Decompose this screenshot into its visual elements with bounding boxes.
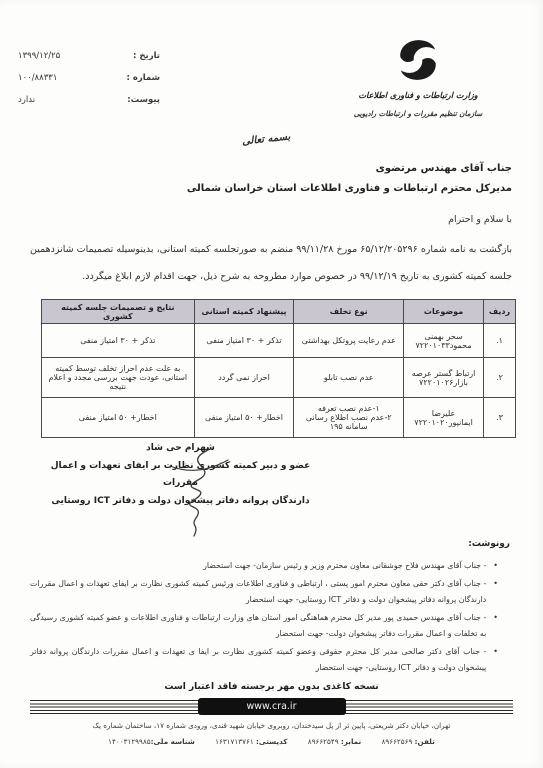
cc-item: • - جناب آقای مهندس فلاح جوشقانی معاون م… bbox=[30, 558, 498, 575]
violation-cell: عدم نصب تابلو bbox=[294, 358, 404, 398]
ministry-name: وزارت ارتباطات و فناوری اطلاعات bbox=[338, 90, 498, 100]
recipient-title: مدیرکل محترم ارتباطات و فناوری اطلاعات ا… bbox=[187, 179, 512, 199]
national-cell: اخطار+ ۵۰ امتیاز منفی bbox=[42, 398, 195, 438]
cc-item: • - جناب آقای دکتر حقی معاون محترم امور … bbox=[30, 576, 498, 609]
subject-cell: علیرضا ایمانپور۷۲۲۰۱۰۲۰ bbox=[404, 398, 484, 438]
cc-item-text: - جناب آقای مهندس فلاح جوشقانی معاون محت… bbox=[30, 558, 486, 575]
cc-item-text: - جناب آقای دکتر صالحی مدیر کل محترم حقو… bbox=[30, 644, 486, 677]
header-subjects: موضوعات bbox=[404, 300, 484, 324]
phone-label: تلفن: bbox=[415, 737, 435, 746]
attachment-label: پیوست: bbox=[127, 89, 160, 111]
row-number-cell: ۳. bbox=[484, 398, 516, 438]
row-number-cell: ۲. bbox=[484, 358, 516, 398]
national-cell: تذکر + ۳۰ امتیاز منفی bbox=[42, 324, 195, 358]
bullet-icon: • bbox=[493, 610, 498, 643]
subject-cell: ارتباط گستر عرصه بازار۷۲۲۰۱۰۲۶ bbox=[404, 358, 484, 398]
cra-ministry-logo-icon bbox=[392, 34, 444, 86]
recipient-name: جناب آقای مهندس مرتضوی bbox=[187, 159, 512, 179]
fax-pair: نمابر: ۸۹۶۶۲۵۴۹ bbox=[308, 737, 361, 746]
provincial-cell: تذکر + ۳۰ امتیاز منفی bbox=[194, 324, 294, 358]
number-label: شماره : bbox=[126, 67, 160, 89]
cc-item: • - جناب آقای دکتر صالحی مدیر کل محترم ح… bbox=[30, 644, 498, 677]
attachment-value: ندارد bbox=[18, 89, 35, 111]
national-id-pair: شناسه ملی:۱۴۰۰۳۱۲۹۹۸۵ bbox=[108, 737, 195, 746]
official-letter-page: تاریخ : ۱۳۹۹/۱۲/۲۵ شماره : ۱۰۰/۸۸۳۳۱ پیو… bbox=[0, 0, 543, 768]
national-id-label: شناسه ملی: bbox=[151, 737, 195, 746]
header-national-decision: نتایج و تصمیمات جلسه کمیته کشوری bbox=[42, 300, 195, 324]
table-row: ۲. ارتباط گستر عرصه بازار۷۲۲۰۱۰۲۶ عدم نص… bbox=[42, 358, 516, 398]
table-row: ۱. سحر بهمنی محمود۷۲۲۰۱۰۳۳ عدم رعایت پرو… bbox=[42, 324, 516, 358]
table-header-row: ردیف موضوعات نوع تخلف پیشنهاد کمیته استا… bbox=[42, 300, 516, 324]
row-number-cell: ۱. bbox=[484, 324, 516, 358]
phone-value: ۸۹۶۶۲۵۶۹ bbox=[381, 737, 412, 746]
table-row: ۳. علیرضا ایمانپور۷۲۲۰۱۰۲۰ ۱-عدم نصب تعر… bbox=[42, 398, 516, 438]
meta-date-row: تاریخ : ۱۳۹۹/۱۲/۲۵ bbox=[18, 45, 160, 67]
date-value: ۱۳۹۹/۱۲/۲۵ bbox=[18, 45, 60, 67]
date-label: تاریخ : bbox=[133, 45, 160, 67]
bullet-icon: • bbox=[493, 644, 498, 677]
fax-value: ۸۹۶۶۲۵۴۹ bbox=[308, 737, 339, 746]
cc-item-text: - جناب آقای دکتر حقی معاون محترم امور پس… bbox=[30, 576, 486, 609]
national-cell: به علت عدم احراز تخلف توسط کمیته استانی،… bbox=[42, 358, 195, 398]
website-badge: www.cra.ir bbox=[198, 698, 346, 715]
header-violation-type: نوع تخلف bbox=[294, 300, 404, 324]
postal-pair: کدپستی: ۱۶۳۱۷۱۳۷۶۱ bbox=[215, 737, 287, 746]
postal-label: کدپستی: bbox=[256, 737, 287, 746]
subject-cell: سحر بهمنی محمود۷۲۲۰۱۰۳۳ bbox=[404, 324, 484, 358]
salutation: با سلام و احترام bbox=[448, 214, 512, 225]
number-value: ۱۰۰/۸۸۳۳۱ bbox=[18, 67, 57, 89]
meta-number-row: شماره : ۱۰۰/۸۸۳۳۱ bbox=[18, 67, 160, 89]
decisions-table: ردیف موضوعات نوع تخلف پیشنهاد کمیته استا… bbox=[41, 299, 516, 438]
letter-meta-block: تاریخ : ۱۳۹۹/۱۲/۲۵ شماره : ۱۰۰/۸۸۳۳۱ پیو… bbox=[18, 45, 160, 111]
recipient-block: جناب آقای مهندس مرتضوی مدیرکل محترم ارتب… bbox=[187, 159, 512, 199]
cc-label: رونوشت: bbox=[468, 539, 510, 549]
national-id-value: ۱۴۰۰۳۱۲۹۹۸۵ bbox=[108, 737, 150, 746]
footer-address: تهران، خیابان دکتر شریعتی، پایین تر از پ… bbox=[0, 721, 543, 730]
provincial-cell: احراز نمی گردد bbox=[194, 358, 294, 398]
violation-cell: ۱-عدم نصب تعرفه ۲-عدم نصب اطلاع رسانی سا… bbox=[294, 398, 404, 438]
postal-value: ۱۶۳۱۷۱۳۷۶۱ bbox=[215, 737, 254, 746]
meta-attachment-row: پیوست: ندارد bbox=[18, 89, 160, 111]
bullet-icon: • bbox=[493, 558, 498, 575]
cc-item: • - جناب آقای مهندس حمیدی پور مدیر کل مح… bbox=[30, 610, 498, 643]
footer-stripe-band: www.cra.ir bbox=[30, 700, 513, 714]
letterhead: وزارت ارتباطات و فناوری اطلاعات سازمان ت… bbox=[338, 34, 498, 118]
provincial-cell: اخطار+ ۵۰ امتیاز منفی bbox=[194, 398, 294, 438]
phone-pair: تلفن: ۸۹۶۶۲۵۶۹ bbox=[381, 737, 434, 746]
bismillah-text: بسمه تعالی bbox=[241, 132, 290, 148]
validity-notice: نسخه کاغذی بدون مهر برجسته فاقد اعتبار ا… bbox=[0, 682, 543, 692]
header-row-number: ردیف bbox=[484, 300, 516, 324]
organization-name: سازمان تنظیم مقررات و ارتباطات رادیویی bbox=[338, 109, 498, 118]
cc-item-text: - جناب آقای مهندس حمیدی پور مدیر کل محتر… bbox=[30, 610, 486, 643]
handwritten-signature bbox=[150, 446, 245, 538]
body-paragraph: بازگشت به نامه شماره ۶۵/۱۲/۲۰۵۲۹۶ مورخ ۹… bbox=[30, 236, 512, 290]
cc-list: • - جناب آقای مهندس فلاح جوشقانی معاون م… bbox=[30, 558, 498, 678]
violation-cell: عدم رعایت پروتکل بهداشتی bbox=[294, 324, 404, 358]
bullet-icon: • bbox=[493, 576, 498, 609]
footer-contacts: تلفن: ۸۹۶۶۲۵۶۹ نمابر: ۸۹۶۶۲۵۴۹ کدپستی: ۱… bbox=[0, 737, 543, 746]
header-provincial-proposal: پیشنهاد کمیته استانی bbox=[194, 300, 294, 324]
fax-label: نمابر: bbox=[341, 737, 361, 746]
